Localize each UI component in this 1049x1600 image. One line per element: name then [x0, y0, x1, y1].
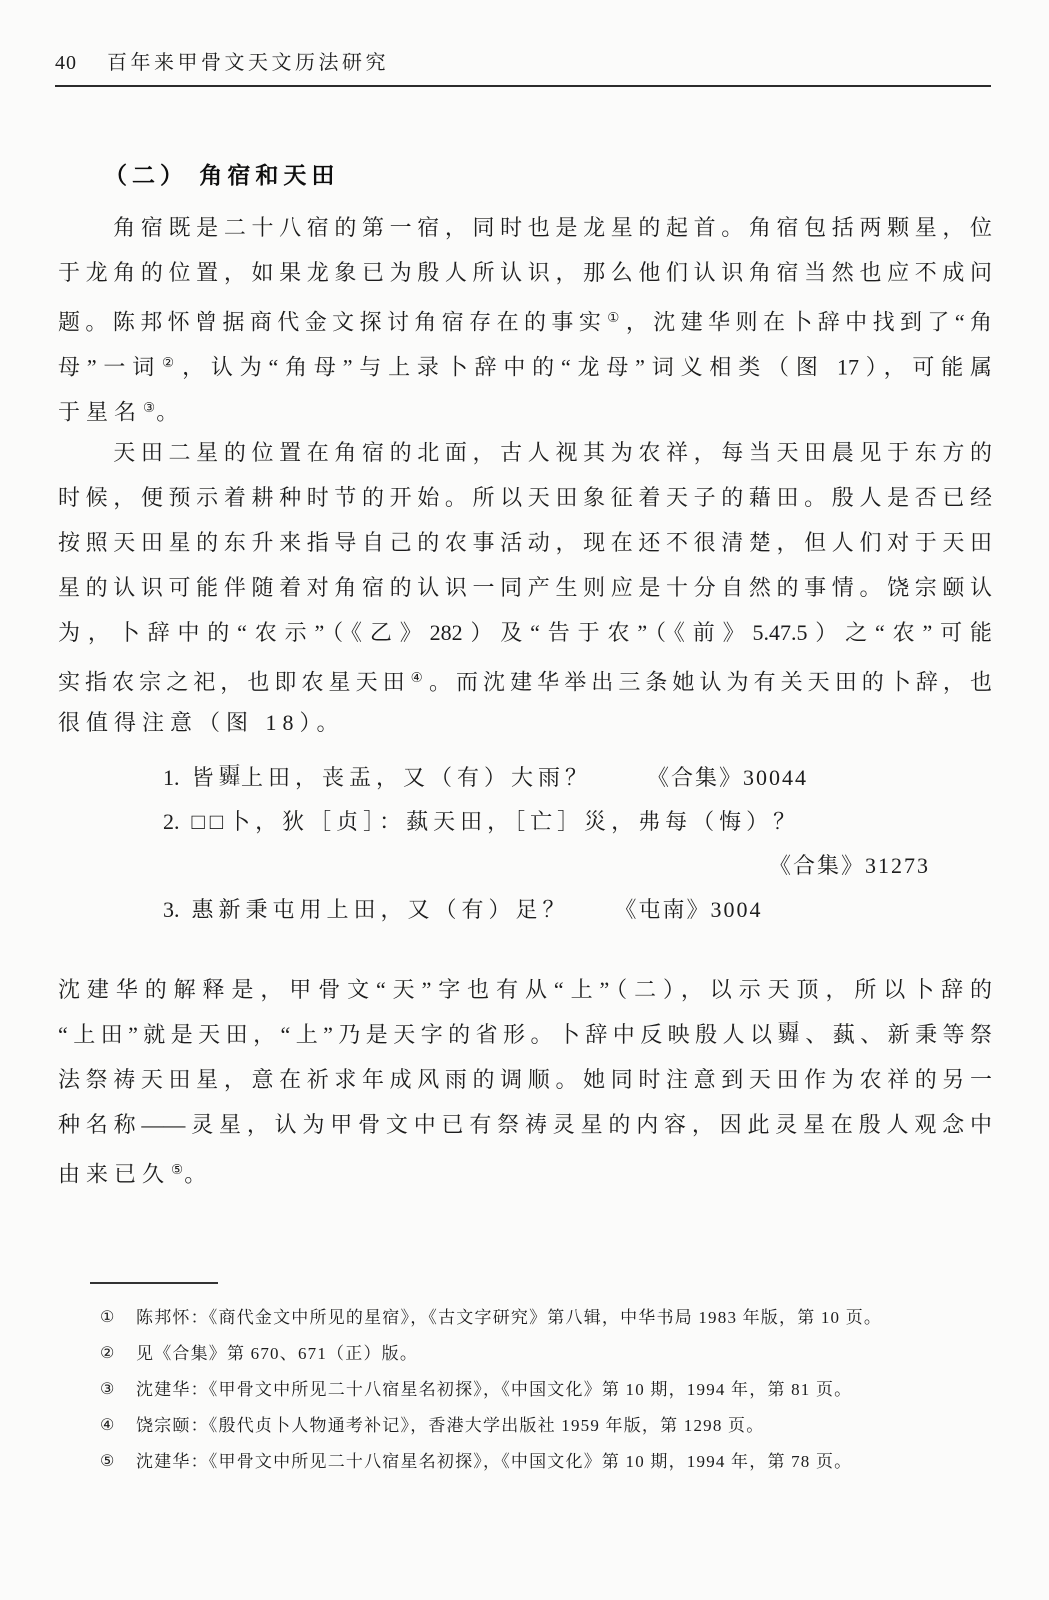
footnote-4-text: 饶宗颐：《殷代贞卜人物通考补记》，香港大学出版社 1959 年版，第 1298 …: [136, 1408, 992, 1444]
text-line: 实指农宗之祀，也即农星天田④。而沈建华举出三条她认为有关天田的卜辞，也: [58, 655, 992, 700]
footnote-5-text: 沈建华：《甲骨文中所见二十八宿星名初探》，《中国文化》第 10 期，1994 年…: [136, 1444, 992, 1480]
page-number: 40: [55, 52, 77, 75]
quote-item-2: 2.□□卜，狄［贞］：蓺天田，［亡］災，弗每（悔）？: [163, 800, 992, 844]
footnote-2: ② 见《合集》第 670、671（正）版。: [58, 1336, 992, 1372]
text-line: 按照天田星的东升来指导自己的农事活动，现在还不很清楚，但人们对于天田: [58, 520, 992, 565]
section-heading: （二） 角宿和天田: [104, 160, 992, 190]
text-line: 种名称——灵星，认为甲骨文中已有祭祷灵星的内容，因此灵星在殷人观念中: [58, 1102, 992, 1147]
footnote-ref: ②: [162, 355, 181, 370]
quote-item-2-number: 2.: [163, 809, 180, 834]
footnote-2-text: 见《合集》第 670、671（正）版。: [136, 1336, 992, 1372]
text-line: 为，卜辞中的“农示”（《乙》282）及“告于农”（《前》5.47.5）之“农”可…: [58, 610, 992, 655]
quote-item-3: 3.惠新秉屯用上田，又（有）足？《屯南》3004: [163, 888, 992, 932]
text-line: 星的认识可能伴随着对角宿的认识一同产生则应是十分自然的事情。饶宗颐认: [58, 565, 992, 610]
text-line: “上田”就是天田，“上”乃是天字的省形。卜辞中反映殷人以雨舞、蓺、新秉等祭: [58, 1012, 992, 1057]
rain-dance-glyph: 雨舞: [219, 766, 241, 787]
page-content: （二） 角宿和天田 角宿既是二十八宿的第一宿，同时也是龙星的起首。角宿包括两颗星…: [58, 160, 992, 1480]
text-line: 题。陈邦怀曾据商代金文探讨角宿存在的事实①，沈建华则在卜辞中找到了“角: [58, 295, 992, 340]
quote-item-1-citation: 《合集》30044: [647, 765, 808, 790]
footnote-5: ⑤ 沈建华：《甲骨文中所见二十八宿星名初探》，《中国文化》第 10 期，1994…: [58, 1444, 992, 1480]
text-line: 天田二星的位置在角宿的北面，古人视其为农祥，每当天田晨见于东方的: [58, 430, 992, 475]
quote-item-3-citation: 《屯南》3004: [615, 897, 763, 922]
quote-item-2-text: □□卜，狄［贞］：蓺天田，［亡］災，弗每（悔）？: [192, 809, 801, 834]
inscription-quote-block: 1.皆雨舞上田，丧盂，又（有）大雨？《合集》30044 2.□□卜，狄［贞］：蓺…: [58, 756, 992, 932]
text-line: 沈建华的解释是，甲骨文“天”字也有从“上”（二），以示天顶，所以卜辞的: [58, 967, 992, 1012]
footnote-3-text: 沈建华：《甲骨文中所见二十八宿星名初探》，《中国文化》第 10 期，1994 年…: [136, 1372, 992, 1408]
footnote-1-marker: ①: [100, 1300, 136, 1336]
text-line: 角宿既是二十八宿的第一宿，同时也是龙星的起首。角宿包括两颗星，位: [58, 205, 992, 250]
paragraph-tiantian: 天田二星的位置在角宿的北面，古人视其为农祥，每当天田晨见于东方的时候，便预示着耕…: [58, 430, 992, 745]
footnote-4: ④ 饶宗颐：《殷代贞卜人物通考补记》，香港大学出版社 1959 年版，第 129…: [58, 1408, 992, 1444]
quote-item-2-citation: 《合集》31273: [769, 853, 930, 878]
footnote-3-marker: ③: [100, 1372, 136, 1408]
footnote-list: ① 陈邦怀：《商代金文中所见的星宿》，《古文字研究》第八辑，中华书局 1983 …: [58, 1300, 992, 1480]
text-line: 时候，便预示着耕种时节的开始。所以天田象征着天子的藉田。殷人是否已经: [58, 475, 992, 520]
text-line: 于龙角的位置，如果龙象已为殷人所认识，那么他们认识角宿当然也应不成问: [58, 250, 992, 295]
footnote-separator: [90, 1282, 218, 1284]
footnote-1: ① 陈邦怀：《商代金文中所见的星宿》，《古文字研究》第八辑，中华书局 1983 …: [58, 1300, 992, 1336]
text-line: 法祭祷天田星，意在祈求年成风雨的调顺。她同时注意到天田作为农祥的另一: [58, 1057, 992, 1102]
footnote-3: ③ 沈建华：《甲骨文中所见二十八宿星名初探》，《中国文化》第 10 期，1994…: [58, 1372, 992, 1408]
paragraph-jiaoxiu: 角宿既是二十八宿的第一宿，同时也是龙星的起首。角宿包括两颗星，位于龙角的位置，如…: [58, 205, 992, 430]
quote-item-1-text: 皆雨舞上田，丧盂，又（有）大雨？: [192, 765, 592, 790]
quote-item-1-number: 1.: [163, 765, 180, 790]
text-line: 由来已久⑤。: [58, 1147, 992, 1192]
book-title: 百年来甲骨文天文历法研究: [107, 46, 389, 75]
footnote-5-marker: ⑤: [100, 1444, 136, 1480]
footnotes-section: ① 陈邦怀：《商代金文中所见的星宿》，《古文字研究》第八辑，中华书局 1983 …: [58, 1282, 992, 1480]
text-line: 很值得注意（图 18）。: [58, 700, 992, 745]
footnote-1-text: 陈邦怀：《商代金文中所见的星宿》，《古文字研究》第八辑，中华书局 1983 年版…: [136, 1300, 992, 1336]
rain-dance-glyph: 雨舞: [777, 1023, 799, 1044]
footnote-4-marker: ④: [100, 1408, 136, 1444]
running-head: 40 百年来甲骨文天文历法研究: [55, 46, 991, 87]
book-page: 40 百年来甲骨文天文历法研究 （二） 角宿和天田 角宿既是二十八宿的第一宿，同…: [0, 0, 1049, 1600]
footnote-ref: ④: [411, 670, 428, 685]
quote-item-3-number: 3.: [163, 897, 180, 922]
quote-item-2-citation-line: 《合集》31273: [163, 844, 992, 888]
quote-item-1: 1.皆雨舞上田，丧盂，又（有）大雨？《合集》30044: [163, 756, 992, 800]
footnote-ref: ①: [607, 310, 625, 325]
text-line: 母”一词②，认为“角母”与上录卜辞中的“龙母”词义相类（图 17），可能属: [58, 340, 992, 385]
paragraph-explanation: 沈建华的解释是，甲骨文“天”字也有从“上”（二），以示天顶，所以卜辞的“上田”就…: [58, 967, 992, 1192]
quote-item-3-text: 惠新秉屯用上田，又（有）足？: [192, 897, 570, 922]
footnote-ref: ⑤: [171, 1162, 183, 1177]
text-line: 于星名③。: [58, 385, 992, 430]
footnote-2-marker: ②: [100, 1336, 136, 1372]
footnote-ref: ③: [143, 400, 155, 415]
